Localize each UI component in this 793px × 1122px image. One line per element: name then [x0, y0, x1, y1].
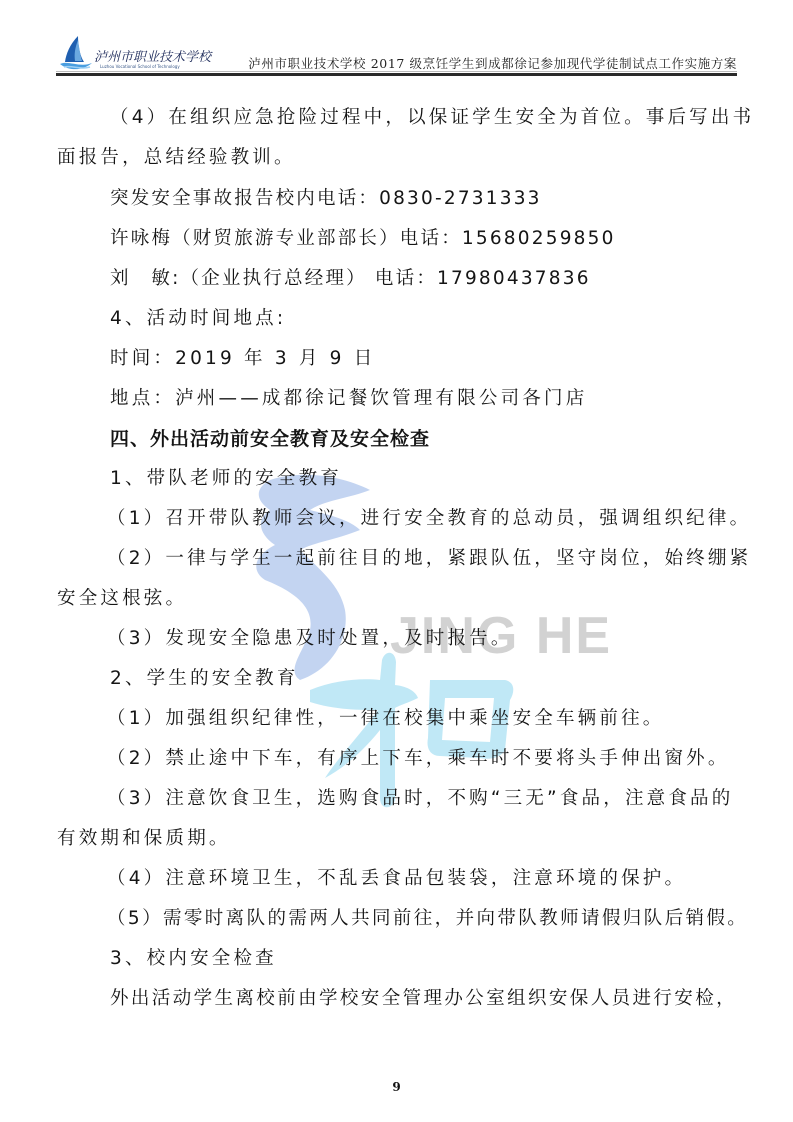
emergency-phone-line: 突发安全事故报告校内电话：0830-2731333 — [110, 187, 542, 211]
section-heading: 4、活动时间地点: — [110, 307, 286, 331]
subsection-heading: 2、学生的安全教育 — [110, 667, 299, 691]
page-number: 9 — [0, 1080, 793, 1094]
paragraph-line: （2）禁止途中下车，有序上下车，乘车时不要将头手伸出窗外。 — [107, 747, 730, 771]
contact-line: 许咏梅（财贸旅游专业部部长）电话：15680259850 — [110, 227, 616, 251]
header-rule-thin — [56, 71, 737, 72]
header-rule — [56, 73, 737, 76]
chapter-heading: 四、外出活动前安全教育及安全检查 — [110, 427, 430, 451]
logo-subtext: Luzhou Vocational School of Technology — [100, 64, 180, 69]
paragraph-line: 外出活动学生离校前由学校安全管理办公室组织安保人员进行安检， — [110, 987, 737, 1011]
school-logo: 泸州市职业技术学校 Luzhou Vocational School of Te… — [60, 34, 210, 74]
logo-text: 泸州市职业技术学校 — [94, 46, 211, 65]
document-title: 泸州市职业技术学校 2017 级烹饪学生到成都徐记参加现代学徒制试点工作实施方案 — [248, 54, 737, 72]
contact-line: 刘 敏:（企业执行总经理） 电话：17980437836 — [110, 267, 591, 291]
location-line: 地点：泸州——成都徐记餐饮管理有限公司各门店 — [110, 387, 587, 411]
paragraph-line: （2）一律与学生一起前往目的地，紧跟队伍，坚守岗位，始终绷紧 — [107, 547, 751, 571]
paragraph-line: （1）加强组织纪律性，一律在校集中乘坐安全车辆前往。 — [107, 707, 664, 731]
sailboat-logo-icon — [60, 34, 94, 72]
paragraph-line: （4）在组织应急抢险过程中，以保证学生安全为首位。事后写出书 — [110, 106, 754, 130]
paragraph-line: （3）注意饮食卫生，选购食品时，不购“三无”食品，注意食品的 — [107, 787, 733, 811]
paragraph-line: （5）需零时离队的需两人共同前往，并向带队教师请假归队后销假。 — [107, 907, 748, 931]
subsection-heading: 3、校内安全检查 — [110, 947, 277, 971]
paragraph-line: 面报告，总结经验教训。 — [57, 146, 296, 170]
time-line: 时间：2019 年 3 月 9 日 — [110, 347, 375, 371]
subsection-heading: 1、带队老师的安全教育 — [110, 467, 342, 491]
paragraph-line: 安全这根弦。 — [57, 587, 187, 611]
paragraph-line: 有效期和保质期。 — [57, 827, 231, 851]
paragraph-line: （3）发现安全隐患及时处置，及时报告。 — [107, 627, 513, 651]
paragraph-line: （1）召开带队教师会议，进行安全教育的总动员，强调组织纪律。 — [107, 507, 751, 531]
paragraph-line: （4）注意环境卫生，不乱丢食品包装袋，注意环境的保护。 — [107, 867, 686, 891]
